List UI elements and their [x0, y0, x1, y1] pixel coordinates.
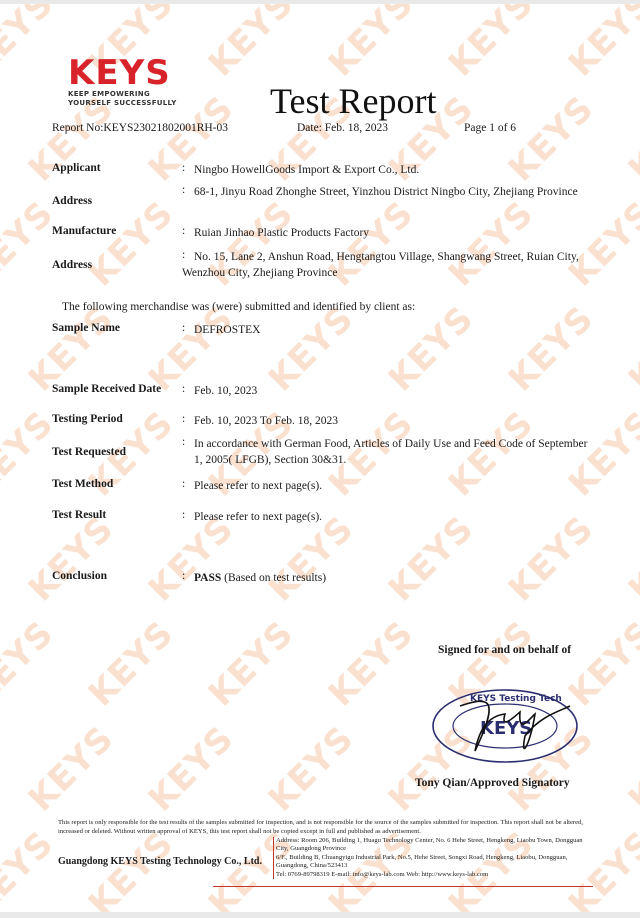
field-label: Test Requested	[52, 446, 126, 458]
field-value: Ningbo HowellGoods Import & Export Co., …	[194, 162, 589, 178]
watermark-text: KEYS	[561, 4, 640, 84]
field-value: In accordance with German Food, Articles…	[194, 436, 589, 468]
watermark-text: KEYS	[201, 4, 302, 84]
intro-text: The following merchandise was (were) sub…	[62, 301, 415, 313]
watermark-text: KEYS	[441, 4, 542, 84]
logo-wordmark: KEYS	[68, 56, 177, 90]
keys-logo: KEYS KEEP EMPOWERING YOURSELF SUCCESSFUL…	[68, 56, 177, 108]
colon: :	[182, 225, 185, 237]
watermark-text: KEYS	[141, 719, 242, 820]
watermark-text: KEYS	[201, 614, 302, 715]
colon: :	[182, 162, 185, 174]
colon: :	[182, 570, 185, 582]
watermark-text: KEYS	[621, 89, 640, 190]
watermark-text: KEYS	[21, 719, 122, 820]
watermark-text: KEYS	[81, 194, 182, 295]
contact-line: Tel: 0769-89798319 E-mail: info@keys-lab…	[276, 871, 596, 879]
field-label: Conclusion	[52, 570, 107, 582]
watermark-text: KEYS	[0, 194, 62, 295]
watermark-text: KEYS	[621, 719, 640, 820]
disclaimer-text: This report is only responsible for the …	[58, 819, 583, 836]
watermark-text: KEYS	[81, 824, 182, 912]
conclusion-value: PASS (Based on test results)	[194, 570, 589, 586]
field-value: Ruian Jinhao Plastic Products Factory	[194, 225, 589, 241]
conclusion-note: (Based on test results)	[224, 572, 326, 584]
field-value: 68-1, Jinyu Road Zhonghe Street, Yinzhou…	[182, 184, 592, 200]
field-label: Sample Name	[52, 322, 120, 334]
field-value: DEFROSTEX	[194, 322, 589, 338]
field-label: Sample Received Date	[52, 383, 161, 395]
field-value: Please refer to next page(s).	[194, 478, 589, 494]
footer-address-block: Address: Room 206, Building 1, Huagu Tec…	[273, 837, 596, 879]
colon: :	[182, 436, 185, 448]
watermark-text: KEYS	[0, 614, 62, 715]
field-label: Applicant	[52, 162, 101, 174]
watermark-text: KEYS	[621, 299, 640, 400]
watermark-text: KEYS	[261, 719, 362, 820]
watermark-text: KEYS	[0, 4, 62, 84]
report-number: Report No:KEYS23021802001RH-03	[52, 122, 228, 134]
address-line-1: Address: Room 206, Building 1, Huagu Tec…	[276, 837, 596, 854]
field-label: Address	[52, 195, 92, 207]
page-title: Test Report	[270, 80, 436, 122]
field-label: Test Method	[52, 478, 113, 490]
report-date: Date: Feb. 18, 2023	[297, 122, 388, 134]
signed-on-behalf: Signed for and on behalf of	[438, 644, 571, 656]
pass-badge: PASS	[194, 572, 221, 584]
footer-company-name: Guangdong KEYS Testing Technology Co., L…	[58, 856, 262, 867]
colon: :	[182, 413, 185, 425]
field-value: No. 15, Lane 2, Anshun Road, Hengtangtou…	[182, 249, 592, 281]
colon: :	[182, 322, 185, 334]
watermark-text: KEYS	[321, 4, 422, 84]
page-number: Page 1 of 6	[464, 122, 516, 134]
field-value: Feb. 10, 2023 To Feb. 18, 2023	[194, 413, 589, 429]
watermark-text: KEYS	[21, 509, 122, 610]
colon: :	[182, 509, 185, 521]
watermark-text: KEYS	[321, 614, 422, 715]
colon: :	[182, 383, 185, 395]
field-label: Address	[52, 259, 92, 271]
approved-signatory: Tony Qian/Approved Signatory	[415, 777, 570, 789]
field-label: Testing Period	[52, 413, 123, 425]
field-label: Manufacture	[52, 225, 116, 237]
watermark-text: KEYS	[621, 509, 640, 610]
address-line-2: 6/F., Building B, Chuangyigu Industrial …	[276, 854, 596, 871]
watermark-text: KEYS	[81, 614, 182, 715]
colon: :	[182, 478, 185, 490]
logo-tagline-2: YOURSELF SUCCESSFULLY	[68, 99, 177, 108]
report-page: KEYSKEYSKEYSKEYSKEYSKEYSKEYSKEYSKEYSKEYS…	[0, 4, 640, 912]
watermark-text: KEYS	[0, 824, 62, 912]
footer-divider	[213, 886, 593, 887]
company-stamp-icon: KEYS Testing Tech KEYS	[430, 686, 580, 771]
field-value: Please refer to next page(s).	[194, 509, 589, 525]
field-label: Test Result	[52, 509, 106, 521]
field-value: Feb. 10, 2023	[194, 383, 589, 399]
